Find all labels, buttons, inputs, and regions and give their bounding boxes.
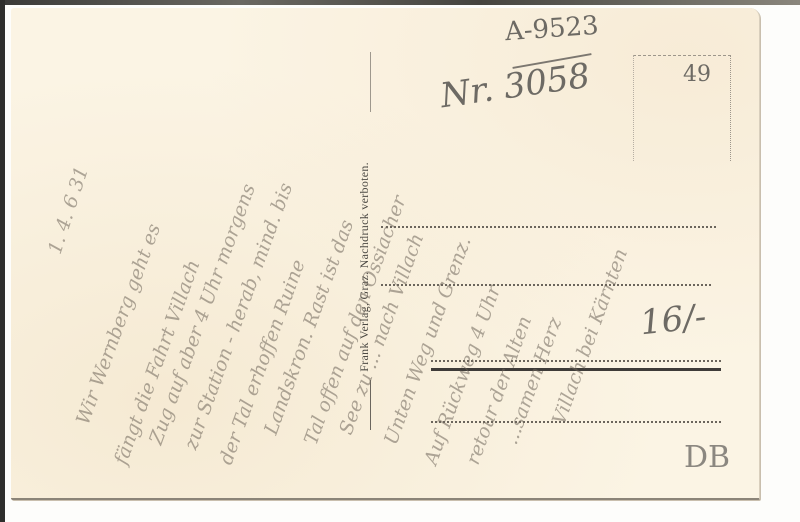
- price-note: 16/-: [638, 297, 708, 344]
- divider-line-top: [370, 52, 371, 112]
- stamp-area: [633, 55, 731, 161]
- initials: DB: [684, 440, 730, 475]
- address-line-1: [381, 226, 716, 228]
- scan-top-edge: [0, 0, 800, 5]
- scan-left-edge: [0, 0, 5, 522]
- stamp-note: 49: [683, 62, 711, 87]
- address-line-2: [381, 284, 711, 286]
